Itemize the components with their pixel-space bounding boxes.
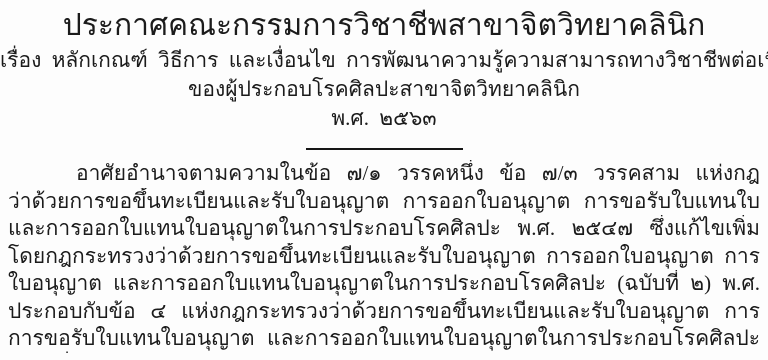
- body-text-line: ว่าด้วยการขอขึ้นทะเบียนและรับใบอนุญาต กา…: [8, 188, 760, 216]
- document-subject-line-2: ของผู้ประกอบโรคศิลปะสาขาจิตวิทยาคลินิก: [0, 75, 768, 104]
- body-text-line: ประกอบกับข้อ ๔ แห่งกฎกระทรวงว่าด้วยการขอ…: [8, 298, 760, 326]
- body-text-line: ใบอนุญาต และการออกใบแทนใบอนุญาตในการประก…: [8, 270, 760, 298]
- body-text-line: การขอรับใบแทนใบอนุญาต และการออกใบแทนใบอน…: [8, 325, 760, 353]
- section-divider: [306, 148, 463, 150]
- document-year: พ.ศ. ๒๕๖๓: [0, 104, 768, 133]
- announcement-document: ประกาศคณะกรรมการวิชาชีพสาขาจิตวิทยาคลินิ…: [0, 0, 768, 360]
- body-text-line: อาศัยอำนาจตามความในข้อ ๗/๑ วรรคหนึ่ง ข้อ…: [8, 160, 760, 188]
- document-subject-line-1: เรื่อง หลักเกณฑ์ วิธีการ และเงื่อนไข การ…: [0, 46, 768, 75]
- document-title: ประกาศคณะกรรมการวิชาชีพสาขาจิตวิทยาคลินิ…: [0, 6, 768, 46]
- document-body-paragraph: อาศัยอำนาจตามความในข้อ ๗/๑ วรรคหนึ่ง ข้อ…: [8, 160, 760, 353]
- body-text-line: โดยกฎกระทรวงว่าด้วยการขอขึ้นทะเบียนและรั…: [8, 243, 760, 271]
- body-text-line: และการออกใบแทนใบอนุญาตในการประกอบโรคศิลป…: [8, 215, 760, 243]
